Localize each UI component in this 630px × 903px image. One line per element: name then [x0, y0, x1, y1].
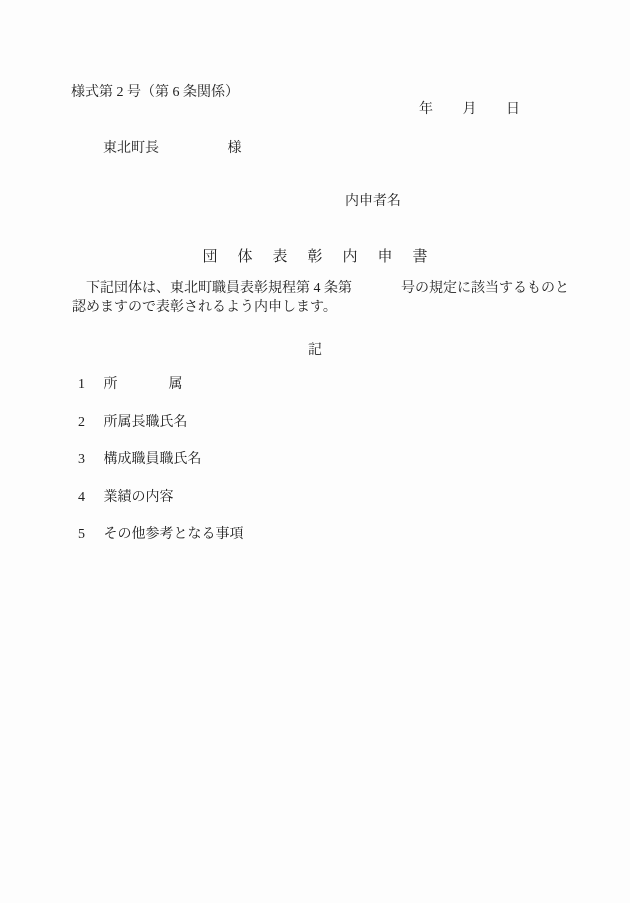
body-line-1-after-blank: 号の規定に該当するものと: [401, 281, 569, 296]
item-label: 属: [169, 377, 183, 392]
item-number: 2: [78, 415, 100, 430]
day-label: 日: [506, 102, 520, 117]
list-item-other-references: 5 その他参考となる事項: [78, 527, 244, 542]
list-item-affiliation: 1 所 属: [78, 377, 244, 392]
item-label: 構成職員職氏名: [104, 452, 202, 467]
addressee-line: 東北町長 様: [103, 137, 242, 157]
body-line-2: 認めますので表彰されるよう内申します。: [72, 298, 592, 317]
date-line: 年 月 日: [419, 98, 520, 118]
body-line-1: 下記団体は、東北町職員表彰規程第 4 条第 号の規定に該当するものと: [72, 279, 592, 298]
item-label: 所属長職氏名: [104, 415, 188, 430]
list-item-achievement: 4 業績の内容: [78, 490, 244, 505]
record-marker: 記: [0, 339, 630, 359]
item-number: 5: [78, 527, 100, 542]
item-number: 4: [78, 490, 100, 505]
year-label: 年: [419, 102, 433, 117]
list-item-supervisor-name: 2 所属長職氏名: [78, 415, 244, 430]
item-label: 業績の内容: [104, 490, 174, 505]
item-number: 3: [78, 452, 100, 467]
document-page: 様式第 2 号（第 6 条関係） 年 月 日 東北町長 様 内申者名 団体表彰内…: [0, 0, 630, 903]
addressee-name: 東北町長: [103, 141, 159, 156]
applicant-name-label: 内申者名: [345, 190, 401, 210]
body-paragraph: 下記団体は、東北町職員表彰規程第 4 条第 号の規定に該当するものと 認めますの…: [72, 279, 592, 317]
form-number: 様式第 2 号（第 6 条関係）: [71, 81, 239, 101]
body-line-1-before-blank: 下記団体は、東北町職員表彰規程第 4 条第: [86, 281, 352, 296]
list-item-member-names: 3 構成職員職氏名: [78, 452, 244, 467]
document-title: 団体表彰内申書: [0, 245, 630, 266]
month-label: 月: [463, 102, 477, 117]
addressee-honorific: 様: [228, 141, 242, 156]
item-number: 1: [78, 377, 100, 392]
item-label: 所: [104, 377, 118, 392]
item-list: 1 所 属 2 所属長職氏名 3 構成職員職氏名 4 業績の内容 5 その他参考…: [78, 377, 244, 565]
item-label: その他参考となる事項: [104, 527, 244, 542]
